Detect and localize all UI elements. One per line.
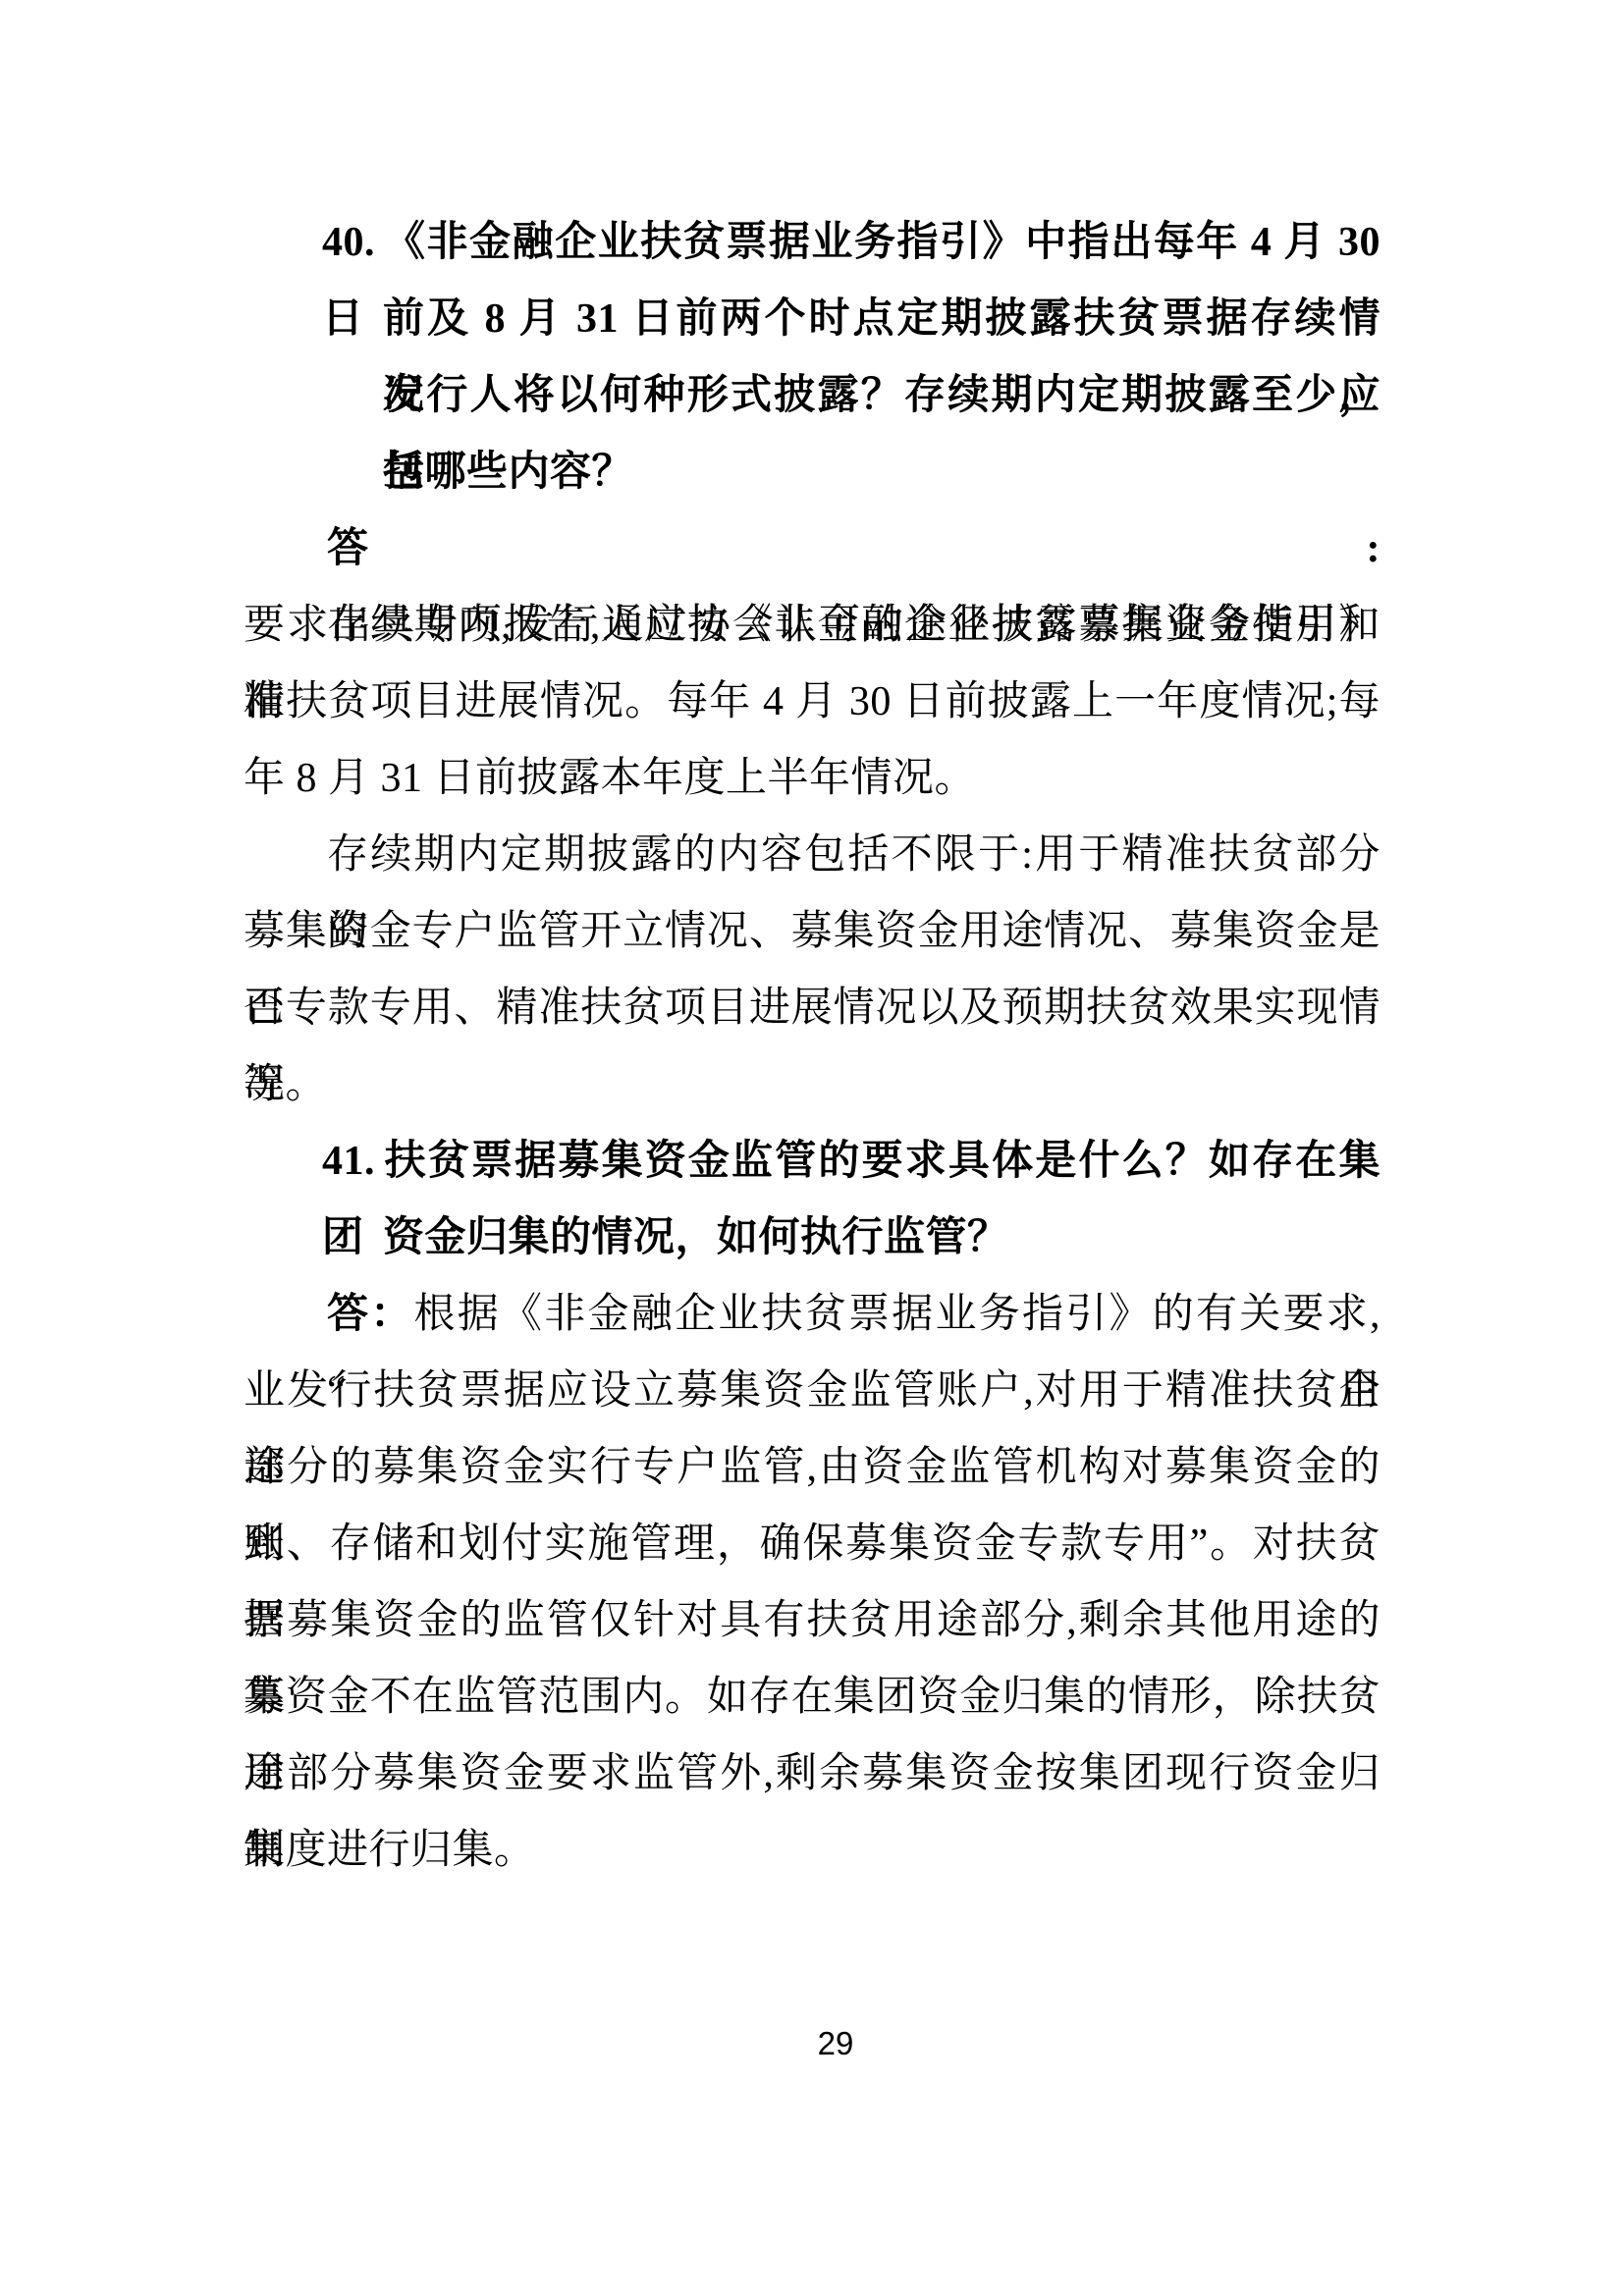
answer-40-line-2: 要求出具专项报告,通过协会认可的途径披露募集资金使用和精: [244, 587, 1380, 664]
question-40-line-1: 40.《非金融企业扶贫票据业务指引》中指出每年 4 月 30 日: [244, 204, 1380, 281]
question-40-line-3: 发行人将以何种形式披露？存续期内定期披露至少应包: [244, 357, 1380, 434]
question-40-line-2: 前及 8 月 31 日前两个时点定期披露扶贫票据存续情况，: [244, 281, 1380, 357]
answer-41-line-3: 部分的募集资金实行专户监管,由资金监管机构对募集资金的到: [244, 1429, 1380, 1506]
answer-41-line-4: 账、存储和划付实施管理，确保募集资金专款专用”。对扶贫票: [244, 1506, 1380, 1582]
answer-40-line-1: 答:存续期内,发行人应按《非金融企业扶贫票据业务指引》: [244, 510, 1380, 587]
answer-40-para2-line-4: 等。: [244, 1046, 1380, 1123]
question-41-line-1: 41.扶贫票据募集资金监管的要求具体是什么？如存在集团: [244, 1123, 1380, 1200]
answer-41-line-7: 途部分募集资金要求监管外,剩余募集资金按集团现行资金归集: [244, 1735, 1380, 1812]
document-body: 40.《非金融企业扶贫票据业务指引》中指出每年 4 月 30 日 前及 8 月 …: [244, 204, 1380, 1889]
question-41-line-2: 资金归集的情况，如何执行监管？: [244, 1200, 1380, 1276]
answer-41-line-6: 集资金不在监管范围内。如存在集团资金归集的情形，除扶贫用: [244, 1659, 1380, 1735]
question-40-number: 40.: [322, 204, 383, 281]
answer-41-line-8: 制度进行归集。: [244, 1812, 1380, 1889]
answer-41-line-5: 据募集资金的监管仅针对具有扶贫用途部分,剩余其他用途的募: [244, 1582, 1380, 1659]
answer-41-line-2: 业发行扶贫票据应设立募集资金监管账户,对用于精准扶贫用途: [244, 1353, 1380, 1429]
question-40-line-4: 括哪些内容？: [244, 434, 1380, 510]
document-page: 40.《非金融企业扶贫票据业务指引》中指出每年 4 月 30 日 前及 8 月 …: [0, 0, 1624, 2296]
answer-40-prefix: 答:: [327, 526, 1380, 571]
answer-40-para2-line-2: 募集资金专户监管开立情况、募集资金用途情况、募集资金是否: [244, 893, 1380, 970]
answer-40-para2-line-3: 已专款专用、精准扶贫项目进展情况以及预期扶贫效果实现情况: [244, 970, 1380, 1046]
answer-40-line-4: 年 8 月 31 日前披露本年度上半年情况。: [244, 740, 1380, 817]
answer-41-prefix: 答：: [327, 1292, 414, 1337]
answer-41-line-1: 答：根据《非金融企业扶贫票据业务指引》的有关要求,“企: [244, 1276, 1380, 1353]
question-41-number: 41.: [322, 1123, 383, 1200]
answer-40-para2-line-1: 存续期内定期披露的内容包括不限于:用于精准扶贫部分的: [244, 817, 1380, 893]
answer-40-line-3: 准扶贫项目进展情况。每年 4 月 30 日前披露上一年度情况;每: [244, 664, 1380, 740]
page-number: 29: [244, 2022, 1428, 2065]
